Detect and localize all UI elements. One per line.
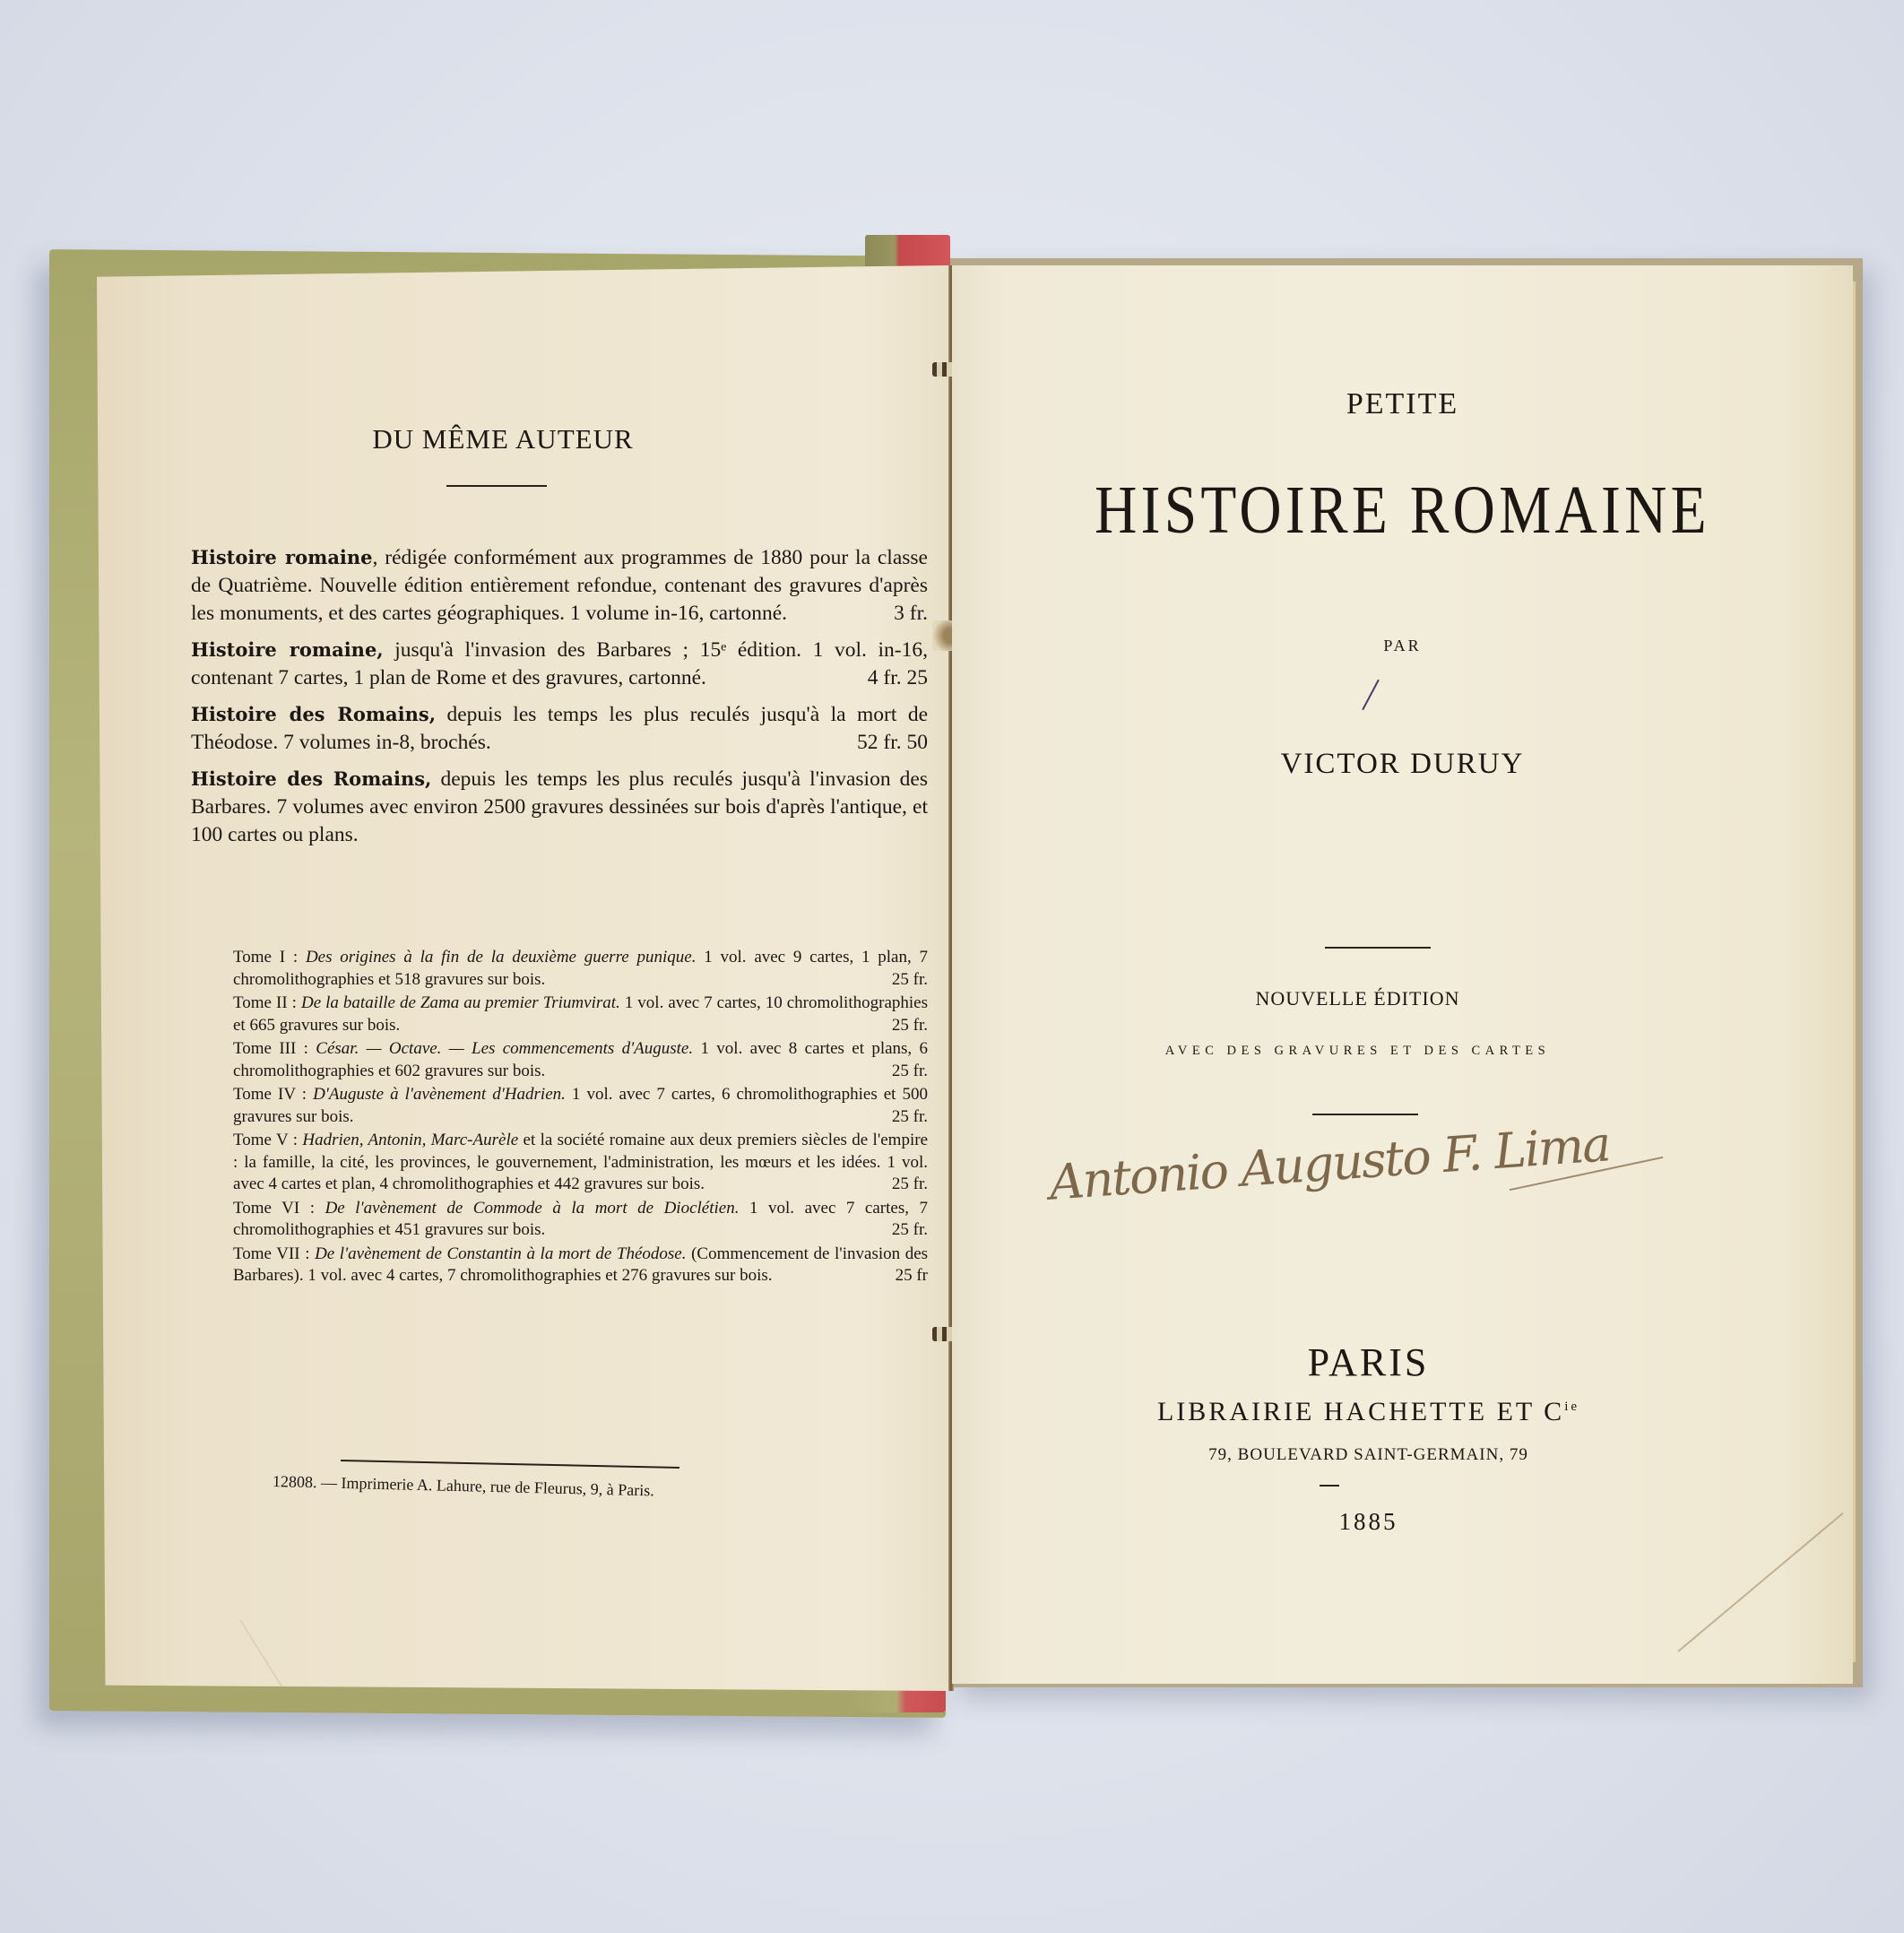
- publication-city: PARIS: [952, 1339, 1819, 1385]
- by-line: PAR: [952, 637, 1853, 655]
- tome-list: Tome I : Des origines à la fin de la deu…: [233, 947, 928, 1289]
- catalog-entry: Histoire des Romains, depuis les temps l…: [191, 765, 928, 849]
- tome-item: Tome IV : D'Auguste à l'avènement d'Hadr…: [233, 1084, 928, 1128]
- tome-item: Tome V : Hadrien, Antonin, Marc-Aurèle e…: [233, 1130, 928, 1196]
- book-spine-bottom: [856, 1689, 946, 1712]
- tome-item: Tome VI : De l'avènement de Commode à la…: [233, 1198, 928, 1242]
- printer-imprint: 12808. — Imprimerie A. Lahure, rue de Fl…: [273, 1472, 654, 1500]
- publication-year: 1885: [952, 1508, 1819, 1536]
- handwritten-signature: Antonio Augusto F. Lima: [1048, 1115, 1612, 1211]
- entry-title: Histoire romaine,: [191, 638, 384, 661]
- pencil-mark: [1362, 680, 1380, 710]
- pre-title: PETITE: [952, 387, 1853, 421]
- edition-note: AVEC DES GRAVURES ET DES CARTES: [952, 1044, 1808, 1059]
- publisher-name: LIBRAIRIE HACHETTE ET Cie: [952, 1397, 1819, 1427]
- catalog-entry: Histoire des Romains, depuis les temps l…: [191, 700, 928, 757]
- separator-rule: [1325, 947, 1431, 949]
- catalog-entries: Histoire romaine, rédigée conformément a…: [191, 543, 928, 857]
- open-book: DU MÊME AUTEUR Histoire romaine, rédigée…: [0, 0, 1904, 1933]
- entry-price: 4 fr. 25: [868, 664, 928, 692]
- separator-rule: [1312, 1114, 1418, 1115]
- publisher-address: 79, BOULEVARD SAINT-GERMAIN, 79: [952, 1445, 1819, 1465]
- tome-item: Tome I : Des origines à la fin de la deu…: [233, 947, 928, 991]
- entry-price: 52 fr. 50: [857, 729, 928, 757]
- heading-rule: [446, 485, 547, 487]
- paper-crease: [239, 1619, 364, 1691]
- entry-title: Histoire des Romains,: [191, 703, 436, 725]
- catalog-entry: Histoire romaine, rédigée conformément a…: [191, 543, 928, 628]
- edition-label: NOUVELLE ÉDITION: [952, 987, 1808, 1010]
- right-page-title-page: PETITE HISTOIRE ROMAINE PAR VICTOR DURUY…: [952, 265, 1853, 1684]
- entry-title: Histoire des Romains,: [191, 767, 431, 790]
- left-page-heading: DU MÊME AUTEUR: [97, 423, 929, 455]
- tome-item: Tome II : De la bataille de Zama au prem…: [233, 993, 928, 1036]
- entry-title: Histoire romaine: [191, 546, 373, 568]
- entry-price: 3 fr.: [894, 600, 928, 628]
- tome-item: Tome VII : De l'avènement de Constantin …: [233, 1244, 928, 1287]
- separator-dash: [1320, 1485, 1339, 1487]
- tome-item: Tome III : César. — Octave. — Les commen…: [233, 1038, 928, 1082]
- book-title: HISTOIRE ROMAINE: [1015, 472, 1789, 550]
- catalog-entry: Histoire romaine, jusqu'à l'invasion des…: [191, 636, 928, 692]
- imprint-rule: [341, 1460, 679, 1469]
- left-page: DU MÊME AUTEUR Histoire romaine, rédigée…: [97, 265, 948, 1691]
- author-name: VICTOR DURUY: [952, 748, 1853, 781]
